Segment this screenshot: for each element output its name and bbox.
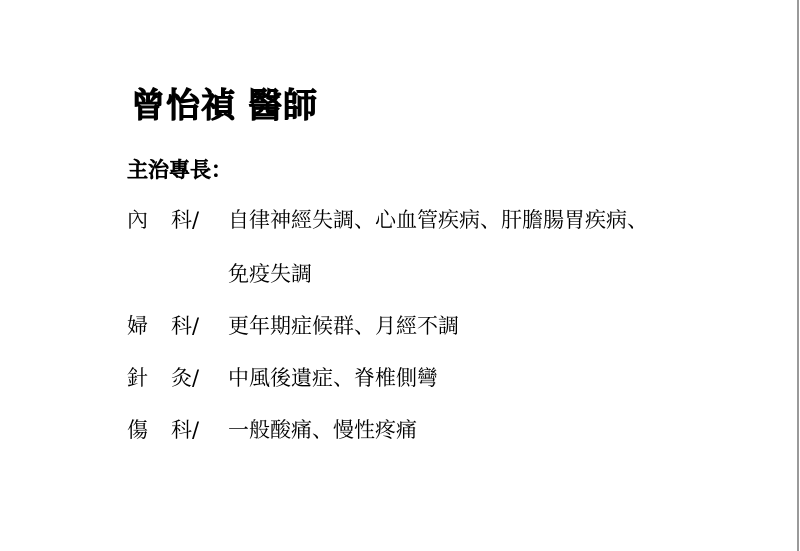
department-char-1: 傷: [127, 417, 148, 443]
specialty-content: 一般酸痛、慢性疼痛: [228, 417, 417, 443]
doctor-title: 醫師: [248, 86, 318, 126]
specialty-content: 自律神經失調、心血管疾病、肝膽腸胃疾病、: [228, 207, 648, 233]
department-char-2: 灸/: [171, 365, 199, 391]
specialty-content: 中風後遺症、脊椎側彎: [228, 365, 438, 391]
department-char-1: 針: [127, 365, 148, 391]
specialty-content: 更年期症候群、月經不調: [228, 313, 459, 339]
document-page: 曾怡禎醫師 主治專長： 內 科/ 自律神經失調、心血管疾病、肝膽腸胃疾病、 免疫…: [0, 0, 797, 551]
page-title: 曾怡禎醫師: [131, 86, 318, 126]
department-char-2: 科/: [171, 417, 199, 443]
specialty-content-continuation: 免疫失調: [228, 261, 312, 287]
department-char-1: 婦: [127, 313, 148, 339]
department-char-2: 科/: [171, 207, 199, 233]
specialty-heading: 主治專長：: [127, 157, 232, 183]
department-char-1: 內: [127, 207, 148, 233]
doctor-name: 曾怡禎: [131, 86, 236, 126]
department-char-2: 科/: [171, 313, 199, 339]
